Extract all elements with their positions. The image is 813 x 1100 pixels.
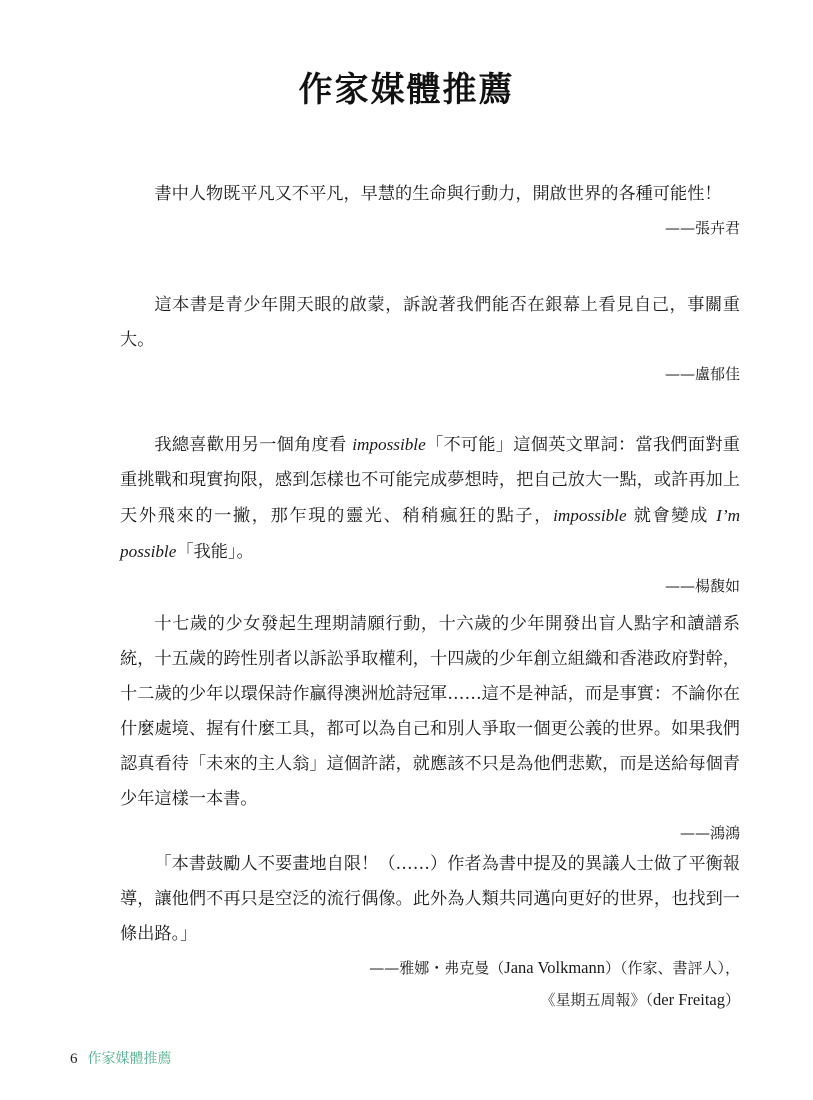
endorsement-text: 「本書鼓勵人不要畫地自限！（……）作者為書中提及的異議人士做了平衡報導，讓他們不… xyxy=(120,847,740,952)
page-footer: 6 作家媒體推薦 xyxy=(70,1048,172,1068)
page-number: 6 xyxy=(70,1051,78,1068)
endorsement-1: 書中人物既平凡又不平凡，早慧的生命與行動力，開啟世界的各種可能性！ ——張卉君 xyxy=(120,177,740,244)
endorsement-text: 十七歲的少女發起生理期請願行動，十六歲的少年開發出盲人點字和讀譜系統，十五歲的跨… xyxy=(120,607,740,817)
endorsement-author: ——盧郁佳 xyxy=(120,358,740,390)
endorsement-text: 這本書是青少年開天眼的啟蒙，訴說著我們能否在銀幕上看見自己，事關重大。 xyxy=(120,288,740,358)
endorsement-text: 書中人物既平凡又不平凡，早慧的生命與行動力，開啟世界的各種可能性！ xyxy=(120,177,740,212)
footer-section-title: 作家媒體推薦 xyxy=(88,1048,172,1068)
endorsement-author: ——鴻鴻 xyxy=(120,817,740,849)
page-title: 作家媒體推薦 xyxy=(0,62,813,111)
endorsement-source: 《星期五周報》（der Freitag） xyxy=(120,984,740,1016)
endorsement-author: ——楊馥如 xyxy=(120,570,740,602)
endorsement-author: ——張卉君 xyxy=(120,212,740,244)
endorsement-2: 這本書是青少年開天眼的啟蒙，訴說著我們能否在銀幕上看見自己，事關重大。 ——盧郁… xyxy=(120,288,740,390)
endorsement-4: 十七歲的少女發起生理期請願行動，十六歲的少年開發出盲人點字和讀譜系統，十五歲的跨… xyxy=(120,607,740,849)
endorsement-5: 「本書鼓勵人不要畫地自限！（……）作者為書中提及的異議人士做了平衡報導，讓他們不… xyxy=(120,847,740,1016)
endorsement-author: ——雅娜・弗克曼（Jana Volkmann）（作家、書評人）， xyxy=(120,952,740,984)
endorsement-text: 我總喜歡用另一個角度看 impossible「不可能」這個英文單詞：當我們面對重… xyxy=(120,427,740,570)
endorsement-3: 我總喜歡用另一個角度看 impossible「不可能」這個英文單詞：當我們面對重… xyxy=(120,427,740,602)
